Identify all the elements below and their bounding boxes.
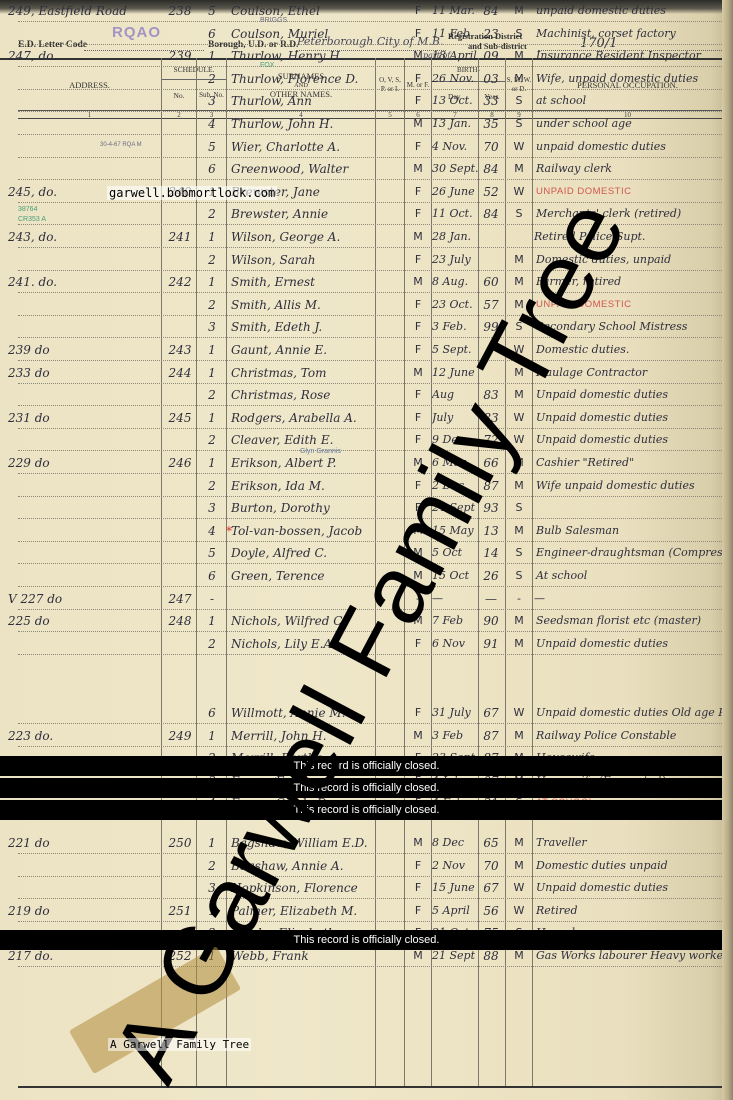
name-note: FOX xyxy=(260,62,274,69)
cell-occupation: Unpaid domestic duties xyxy=(534,407,724,429)
cell-day: 11 Oct. xyxy=(432,203,478,225)
cell-sex: F xyxy=(406,294,430,316)
cell-marital: S xyxy=(506,23,532,45)
cell-occupation: Unpaid domestic duties Old age Pensioner xyxy=(534,702,724,724)
table-row: 3Thurlow, AnnF13 Oct.33Sat school xyxy=(0,90,722,113)
cell-name: Gaunt, Annie E. xyxy=(231,339,376,361)
cell-address xyxy=(8,23,163,45)
cell-year xyxy=(478,226,504,248)
cell-day: 2 Dec xyxy=(432,475,478,497)
cell-sex: F xyxy=(406,339,430,361)
cell-schedule xyxy=(163,633,197,655)
cell-name: Thurlow, Florence D. xyxy=(231,68,376,90)
green-note-2: CR353 A xyxy=(18,216,46,223)
cell-marital: M xyxy=(506,249,532,271)
cell-name: Bagshaw, Annie A. xyxy=(231,855,376,877)
cell-sub: 2 xyxy=(199,633,225,655)
cell-year: 87 xyxy=(478,725,504,747)
cell-name: Coulson, Ethel xyxy=(231,0,376,22)
cell-schedule xyxy=(163,475,197,497)
cell-sub: 2 xyxy=(199,203,225,225)
cell-marital: S xyxy=(506,316,532,338)
cell-address: 241. do. xyxy=(8,271,163,293)
cell-occupation: Wife, unpaid domestic duties xyxy=(534,68,724,90)
cell-schedule xyxy=(163,497,197,519)
cell-address xyxy=(8,542,163,564)
cell-occupation: Retired xyxy=(534,900,724,922)
asterisk-mark-icon: * xyxy=(226,520,234,542)
cell-sub: 2 xyxy=(199,429,225,451)
cell-address xyxy=(8,90,163,112)
cell-marital: M xyxy=(506,384,532,406)
table-row: 2Brewster, AnnieF11 Oct.84SMerchants' cl… xyxy=(0,203,722,226)
cell-occupation: Unpaid domestic duties xyxy=(534,877,724,899)
cell-sex: - xyxy=(406,588,430,610)
table-row: 2Thurlow, Florence D.F26 Nov.03MWife, un… xyxy=(0,68,722,91)
row-rule xyxy=(18,654,722,655)
table-row: 2Nichols, Lily E.A.F6 Nov91MUnpaid domes… xyxy=(0,633,722,656)
cell-sex: M xyxy=(406,158,430,180)
cell-schedule: 250 xyxy=(163,832,197,854)
cell-day: 5 Sept. xyxy=(432,339,478,361)
cell-sex: F xyxy=(406,136,430,158)
row-note: 30-4-67 RQA M xyxy=(100,142,142,148)
cell-name: Coulson, Muriel xyxy=(231,23,376,45)
cell-occupation: Domestic duties. xyxy=(534,339,724,361)
table-row: 231 do2451Rodgers, Arabella A.FJuly83WUn… xyxy=(0,407,722,430)
cell-sub: 6 xyxy=(199,702,225,724)
cell-day: 28 Jan. xyxy=(432,226,478,248)
cell-day: 5 Oct xyxy=(432,542,478,564)
table-row: 225 do2481Nichols, Wilfred C.M7 Feb90MSe… xyxy=(0,610,722,633)
cell-sex: M xyxy=(406,520,430,542)
cell-day: Aug xyxy=(432,384,478,406)
cell-name: Greenwood, Walter xyxy=(231,158,376,180)
cell-sub: 4 xyxy=(199,520,225,542)
cell-sub: 4 xyxy=(199,113,225,135)
cell-address xyxy=(8,294,163,316)
cell-schedule xyxy=(163,542,197,564)
cell-day: July xyxy=(432,407,478,429)
cell-sub: 1 xyxy=(199,271,225,293)
cell-schedule xyxy=(163,877,197,899)
cell-marital xyxy=(506,226,532,248)
table-row: 233 do2441Christmas, TomM12 JuneMHaulage… xyxy=(0,362,722,385)
cell-address xyxy=(8,316,163,338)
cell-schedule xyxy=(163,429,197,451)
cell-sex: F xyxy=(406,429,430,451)
cell-sex: F xyxy=(406,23,430,45)
cell-address xyxy=(8,475,163,497)
cell-year xyxy=(478,249,504,271)
cell-sub: 1 xyxy=(199,407,225,429)
cell-year: 67 xyxy=(478,877,504,899)
cell-day: 23 July xyxy=(432,249,478,271)
cell-year: 56 xyxy=(478,900,504,922)
cell-schedule xyxy=(163,565,197,587)
cell-schedule: 241 xyxy=(163,226,197,248)
cell-sub: - xyxy=(199,588,225,610)
cell-address: 225 do xyxy=(8,610,163,632)
cell-occupation: UNPAID DOMESTIC xyxy=(534,294,724,316)
cell-address xyxy=(8,633,163,655)
cell-name: Smith, Edeth J. xyxy=(231,316,376,338)
cell-day: 30 Sept. xyxy=(432,158,478,180)
cell-sex: F xyxy=(406,316,430,338)
cell-year: 57 xyxy=(478,294,504,316)
cell-day: 5 April xyxy=(432,900,478,922)
cell-day: 3 Feb xyxy=(432,725,478,747)
cell-sex: F xyxy=(406,181,430,203)
cell-year: 03 xyxy=(478,68,504,90)
cell-schedule: 246 xyxy=(163,452,197,474)
cell-address: 233 do xyxy=(8,362,163,384)
cell-sub: 5 xyxy=(199,0,225,22)
cell-day: 9 Dec xyxy=(432,429,478,451)
cell-sub: 6 xyxy=(199,565,225,587)
cell-year: 87 xyxy=(478,475,504,497)
row-rule xyxy=(18,966,722,967)
cell-year: 67 xyxy=(478,702,504,724)
cell-sub: 2 xyxy=(199,249,225,271)
cell-name: Bagshaw, William E.D. xyxy=(231,832,376,854)
cell-name: Erikson, Ida M. xyxy=(231,475,376,497)
table-row: 6Green, TerenceM15 Oct26SAt school xyxy=(0,565,722,588)
cell-sex: M xyxy=(406,45,430,67)
cell-day: 15 June xyxy=(432,877,478,899)
cell-year: 09 xyxy=(478,45,504,67)
cell-schedule xyxy=(163,136,197,158)
cell-name: Tol-van-bossen, Jacob xyxy=(231,520,376,542)
cell-sub: 6 xyxy=(199,23,225,45)
table-row: 223 do.2491Merrill, John H.M3 Feb87MRail… xyxy=(0,725,722,748)
cell-occupation: at school xyxy=(534,90,724,112)
cell-occupation: Unpaid domestic duties xyxy=(534,429,724,451)
cell-occupation: Bulb Salesman xyxy=(534,520,724,542)
cell-name xyxy=(231,588,376,610)
table-row: 4Thurlow, John H.M13 Jan.35Sunder school… xyxy=(0,113,722,136)
cell-schedule xyxy=(163,384,197,406)
cell-sex: M xyxy=(406,113,430,135)
cell-day: 18 April xyxy=(432,45,478,67)
table-row: 3Smith, Edeth J.F3 Feb.99SSecondary Scho… xyxy=(0,316,722,339)
cell-sub: 3 xyxy=(199,497,225,519)
cell-day: 11 Mar. xyxy=(432,0,478,22)
cell-occupation: — xyxy=(534,588,724,610)
table-row: 241. do.2421Smith, ErnestM8 Aug.60MFarme… xyxy=(0,271,722,294)
table-row: 2Christmas, RoseFAug83MUnpaid domestic d… xyxy=(0,384,722,407)
cell-day: 26 June xyxy=(432,181,478,203)
cell-sex: M xyxy=(406,542,430,564)
cell-schedule xyxy=(163,90,197,112)
cell-sex: F xyxy=(406,497,430,519)
cell-year: 13 xyxy=(478,520,504,542)
cell-occupation: under school age xyxy=(534,113,724,135)
cell-schedule xyxy=(163,249,197,271)
table-row: 2Cleaver, Edith E.F9 Dec72WUnpaid domest… xyxy=(0,429,722,452)
cell-occupation: UNPAID DOMESTIC xyxy=(534,181,724,203)
cell-sex: F xyxy=(406,384,430,406)
cell-address: 239 do xyxy=(8,339,163,361)
cell-name: Wilson, George A. xyxy=(231,226,376,248)
cell-marital: M xyxy=(506,294,532,316)
cell-address: 249, Eastfield Road xyxy=(8,0,163,22)
table-row: 6Willmott, Annie M.F31 July67WUnpaid dom… xyxy=(0,702,722,725)
cell-day: 15 Oct xyxy=(432,565,478,587)
cell-sex: F xyxy=(406,900,430,922)
cell-address xyxy=(8,429,163,451)
cell-schedule: 242 xyxy=(163,271,197,293)
cell-day: 4 Nov. xyxy=(432,136,478,158)
cell-day: 26 Nov. xyxy=(432,68,478,90)
cell-schedule xyxy=(163,316,197,338)
cell-schedule: 238 xyxy=(163,0,197,22)
cell-sex: M xyxy=(406,725,430,747)
cell-day: 12 June xyxy=(432,362,478,384)
cell-address xyxy=(8,565,163,587)
cell-year: 84 xyxy=(478,158,504,180)
cell-schedule: 248 xyxy=(163,610,197,632)
cell-day: 31 July xyxy=(432,702,478,724)
cell-schedule xyxy=(163,158,197,180)
cell-name: Nichols, Lily E.A. xyxy=(231,633,376,655)
cell-marital: M xyxy=(506,475,532,497)
cell-occupation: Insurance Resident Inspector xyxy=(534,45,724,67)
cell-name: Brewster, Annie xyxy=(231,203,376,225)
cell-schedule: 251 xyxy=(163,900,197,922)
cell-address xyxy=(8,702,163,724)
cell-occupation: Machinist, corset factory xyxy=(534,23,724,45)
cell-sub: 2 xyxy=(199,68,225,90)
cell-sub: 1 xyxy=(199,45,225,67)
cell-marital: W xyxy=(506,429,532,451)
cell-occupation: Merchants' clerk (retired) xyxy=(534,203,724,225)
cell-name: Thurlow, Henry H. xyxy=(231,45,376,67)
table-row: 4Tol-van-bossen, JacobM15 May13MBulb Sal… xyxy=(0,520,722,543)
table-row: 5Doyle, Alfred C.M5 Oct14SEngineer-draug… xyxy=(0,542,722,565)
cell-schedule xyxy=(163,855,197,877)
cell-name: Christmas, Rose xyxy=(231,384,376,406)
cell-marital: - xyxy=(506,588,532,610)
table-row: 2Smith, Allis M.F23 Oct.57MUNPAID DOMEST… xyxy=(0,294,722,317)
table-row: 247, do.2391Thurlow, Henry H.M18 April09… xyxy=(0,45,722,68)
cell-address xyxy=(8,520,163,542)
cell-year: 70 xyxy=(478,855,504,877)
cell-address xyxy=(8,113,163,135)
cell-marital: M xyxy=(506,0,532,22)
cell-occupation: Farmer, retired xyxy=(534,271,724,293)
cell-occupation: unpaid domestic duties xyxy=(534,136,724,158)
bottom-rule xyxy=(18,1086,722,1088)
cell-year: 70 xyxy=(478,136,504,158)
gaunt-note: Glyn Grannis xyxy=(300,448,341,455)
cell-marital: W xyxy=(506,136,532,158)
cell-address xyxy=(8,68,163,90)
table-row: 243, do.2411Wilson, George A.M28 Jan.Ret… xyxy=(0,226,722,249)
cell-year: 14 xyxy=(478,542,504,564)
cell-sub: 1 xyxy=(199,900,225,922)
cell-day: — xyxy=(432,588,478,610)
closed-record-band: This record is officially closed. xyxy=(0,756,733,776)
cell-marital: M xyxy=(506,452,532,474)
cell-marital: M xyxy=(506,271,532,293)
table-row: 2Wilson, SarahF23 JulyMDomestic duties, … xyxy=(0,249,722,272)
cell-schedule: 245 xyxy=(163,407,197,429)
cell-schedule xyxy=(163,113,197,135)
table-row: 3Hopkinson, FlorenceF15 June67WUnpaid do… xyxy=(0,877,722,900)
cell-name: Green, Terence xyxy=(231,565,376,587)
cell-address: 229 do xyxy=(8,452,163,474)
table-row: 6Greenwood, WalterM30 Sept.84MRailway cl… xyxy=(0,158,722,181)
table-row: 221 do2501Bagshaw, William E.D.M8 Dec65M… xyxy=(0,832,722,855)
cell-day: 13 Jan. xyxy=(432,113,478,135)
cell-year: 26 xyxy=(478,565,504,587)
cell-sex: M xyxy=(406,271,430,293)
cell-sub: 2 xyxy=(199,475,225,497)
table-row: 219 do2511Palmer, Elizabeth M.F5 April56… xyxy=(0,900,722,923)
cell-schedule xyxy=(163,294,197,316)
cell-occupation: Domestic duties unpaid xyxy=(534,855,724,877)
closed-record-band: This record is officially closed. xyxy=(0,930,733,950)
cell-occupation xyxy=(534,497,724,519)
cell-sub: 1 xyxy=(199,725,225,747)
cell-year: 65 xyxy=(478,832,504,854)
cell-address: 219 do xyxy=(8,900,163,922)
cell-year: 84 xyxy=(478,203,504,225)
cell-marital: S xyxy=(506,113,532,135)
cell-name: Thurlow, Ann xyxy=(231,90,376,112)
cell-sex: M xyxy=(406,452,430,474)
cell-occupation: Railway Police Constable xyxy=(534,725,724,747)
cell-name: Rodgers, Arabella A. xyxy=(231,407,376,429)
cell-sub: 2 xyxy=(199,294,225,316)
cell-marital: M xyxy=(506,520,532,542)
table-row: 2Erikson, Ida M.F2 Dec87MWife unpaid dom… xyxy=(0,475,722,498)
cell-sub: 5 xyxy=(199,542,225,564)
cell-sex: F xyxy=(406,633,430,655)
cell-marital: M xyxy=(506,610,532,632)
cell-marital: W xyxy=(506,877,532,899)
cell-sex: F xyxy=(406,407,430,429)
cell-occupation: Retired Police Supt. xyxy=(534,226,724,248)
cell-schedule: 244 xyxy=(163,362,197,384)
cell-sex: F xyxy=(406,0,430,22)
table-row: 249, Eastfield Road2385Coulson, EthelF11… xyxy=(0,0,722,23)
cell-year: — xyxy=(478,588,504,610)
cell-name: Smith, Ernest xyxy=(231,271,376,293)
cell-year: 84 xyxy=(478,0,504,22)
cell-year: 93 xyxy=(478,497,504,519)
cell-marital: M xyxy=(506,633,532,655)
cell-address xyxy=(8,384,163,406)
cell-sub: 2 xyxy=(199,384,225,406)
cell-occupation: Unpaid domestic duties xyxy=(534,633,724,655)
cell-name: Hopkinson, Florence xyxy=(231,877,376,899)
cell-schedule xyxy=(163,702,197,724)
closed-record-band: This record is officially closed. xyxy=(0,778,733,798)
cell-marital: M xyxy=(506,855,532,877)
green-note-1: 38764 xyxy=(18,206,37,213)
cell-name: Christmas, Tom xyxy=(231,362,376,384)
cell-name: Erikson, Albert P. xyxy=(231,452,376,474)
cell-schedule: 239 xyxy=(163,45,197,67)
cell-year xyxy=(478,362,504,384)
cell-occupation: Wife unpaid domestic duties xyxy=(534,475,724,497)
cell-year: 33 xyxy=(478,90,504,112)
cell-address: V 227 do xyxy=(8,588,163,610)
cell-occupation: Domestic duties, unpaid xyxy=(534,249,724,271)
cell-marital: M xyxy=(506,832,532,854)
cell-sex: F xyxy=(406,249,430,271)
cell-address xyxy=(8,855,163,877)
cell-year: 66 xyxy=(478,452,504,474)
cell-marital: W xyxy=(506,407,532,429)
closed-record-band: This record is officially closed. xyxy=(0,800,733,820)
table-row: 239 do2431Gaunt, Annie E.F5 Sept.WDomest… xyxy=(0,339,722,362)
cell-year: 35 xyxy=(478,113,504,135)
cell-name: Burton, Dorothy xyxy=(231,497,376,519)
cell-schedule xyxy=(163,520,197,542)
cell-marital: M xyxy=(506,68,532,90)
cell-day: 6 Mar xyxy=(432,452,478,474)
cell-marital: S xyxy=(506,90,532,112)
cell-name: Merrill, John H. xyxy=(231,725,376,747)
cell-year xyxy=(478,339,504,361)
census-page: RQAO E.D. Letter Code Borough, U.D. or R… xyxy=(0,0,733,1100)
cell-sex: M xyxy=(406,832,430,854)
cell-name: Thurlow, John H. xyxy=(231,113,376,135)
cell-year: 60 xyxy=(478,271,504,293)
cell-marital: S xyxy=(506,565,532,587)
cell-year: 83 xyxy=(478,407,504,429)
cell-sex: M xyxy=(406,226,430,248)
cell-schedule xyxy=(163,68,197,90)
cell-address: 231 do xyxy=(8,407,163,429)
cell-address: 221 do xyxy=(8,832,163,854)
cell-address: 243, do. xyxy=(8,226,163,248)
cell-marital: W xyxy=(506,900,532,922)
name-note: BRIGGS xyxy=(260,17,287,24)
cell-sex: F xyxy=(406,90,430,112)
cell-sub: 5 xyxy=(199,136,225,158)
table-row: 6Coulson, MurielF11 Feb.23SMachinist, co… xyxy=(0,23,722,46)
cell-schedule xyxy=(163,203,197,225)
cell-name: Wier, Charlotte A. xyxy=(231,136,376,158)
cell-marital: W xyxy=(506,339,532,361)
cell-schedule: 243 xyxy=(163,339,197,361)
cell-occupation: Secondary School Mistress xyxy=(534,316,724,338)
cell-sub: 6 xyxy=(199,158,225,180)
cell-year: 52 xyxy=(478,181,504,203)
cell-sex: F xyxy=(406,877,430,899)
cell-address: 223 do. xyxy=(8,725,163,747)
cell-name: Doyle, Alfred C. xyxy=(231,542,376,564)
cell-sub: 1 xyxy=(199,452,225,474)
cell-address xyxy=(8,158,163,180)
cell-sex: F xyxy=(406,702,430,724)
cell-address xyxy=(8,497,163,519)
cell-marital: M xyxy=(506,725,532,747)
cell-occupation: Cashier "Retired" xyxy=(534,452,724,474)
cell-marital: M xyxy=(506,362,532,384)
cell-sub: 3 xyxy=(199,90,225,112)
cell-occupation: unpaid domestic duties xyxy=(534,0,724,22)
cell-occupation: Seedsman florist etc (master) xyxy=(534,610,724,632)
cell-marital: S xyxy=(506,542,532,564)
cell-address: 247, do. xyxy=(8,45,163,67)
cell-day: 8 Aug. xyxy=(432,271,478,293)
cell-year: 83 xyxy=(478,384,504,406)
